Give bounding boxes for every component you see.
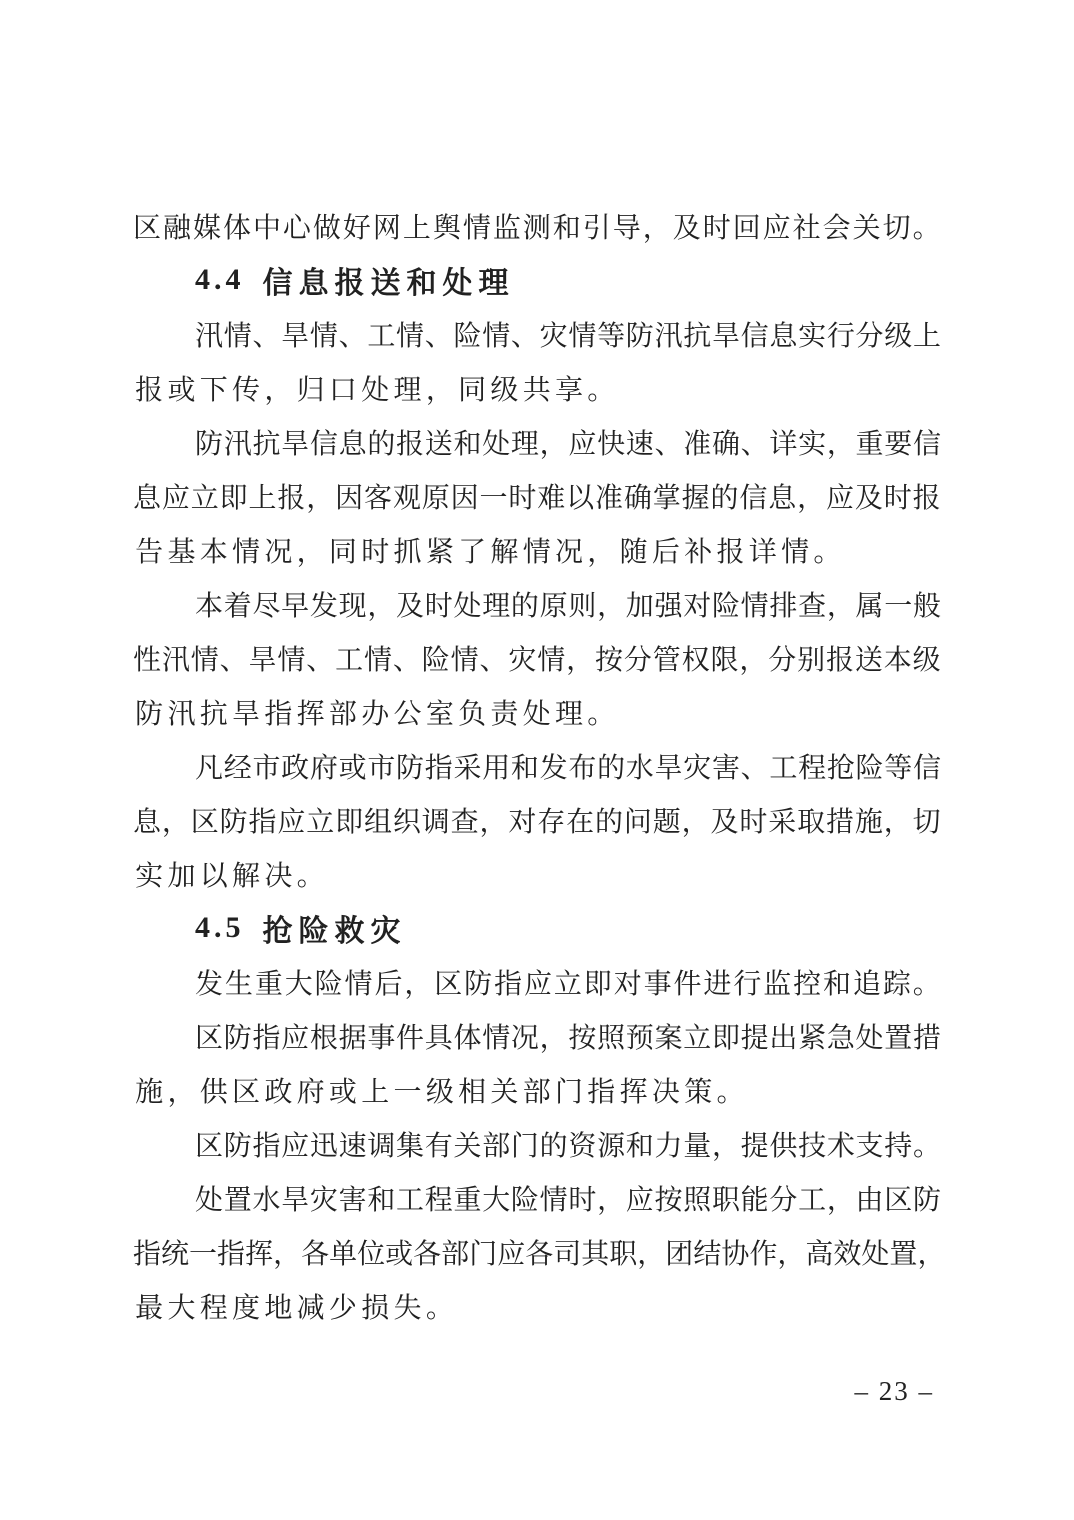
text-line: 汛情、旱情、工情、险情、灾情等防汛抗旱信息实行分级上: [133, 307, 941, 361]
heading-number: 4.5: [195, 911, 245, 945]
section-heading-4-4: 4.4信息报送和处理: [133, 253, 941, 307]
text-line: 最大程度地减少损失。: [133, 1279, 941, 1333]
text-line: 本着尽早发现，及时处理的原则，加强对险情排查，属一般: [133, 577, 941, 631]
text-line: 指统一指挥，各单位或各部门应各司其职，团结协作，高效处置，: [133, 1225, 941, 1279]
text-line: 处置水旱灾害和工程重大险情时，应按照职能分工，由区防: [133, 1171, 941, 1225]
text-line: 区防指应迅速调集有关部门的资源和力量，提供技术支持。: [133, 1117, 941, 1171]
text-line: 区融媒体中心做好网上舆情监测和引导，及时回应社会关切。: [133, 199, 941, 253]
section-heading-4-5: 4.5抢险救灾: [133, 901, 941, 955]
heading-title: 信息报送和处理: [263, 258, 515, 302]
text-line: 施，供区政府或上一级相关部门指挥决策。: [133, 1063, 941, 1117]
text-line: 息应立即上报，因客观原因一时难以准确掌握的信息，应及时报: [133, 469, 941, 523]
text-line: 息，区防指应立即组织调查，对存在的问题，及时采取措施，切: [133, 793, 941, 847]
text-line: 防汛抗旱指挥部办公室负责处理。: [133, 685, 941, 739]
heading-number: 4.4: [195, 263, 245, 297]
text-line: 告基本情况，同时抓紧了解情况，随后补报详情。: [133, 523, 941, 577]
text-line: 性汛情、旱情、工情、险情、灾情，按分管权限，分别报送本级: [133, 631, 941, 685]
document-page: 区融媒体中心做好网上舆情监测和引导，及时回应社会关切。4.4信息报送和处理汛情、…: [0, 0, 1074, 1520]
text-line: 区防指应根据事件具体情况，按照预案立即提出紧急处置措: [133, 1009, 941, 1063]
text-line: 实加以解决。: [133, 847, 941, 901]
text-line: 凡经市政府或市防指采用和发布的水旱灾害、工程抢险等信: [133, 739, 941, 793]
page-number: – 23 –: [855, 1376, 935, 1406]
page-footer: – 23 –: [855, 1376, 935, 1407]
heading-title: 抢险救灾: [263, 906, 407, 950]
document-content: 区融媒体中心做好网上舆情监测和引导，及时回应社会关切。4.4信息报送和处理汛情、…: [133, 199, 941, 1333]
text-line: 发生重大险情后，区防指应立即对事件进行监控和追踪。: [133, 955, 941, 1009]
text-line: 报或下传，归口处理，同级共享。: [133, 361, 941, 415]
text-line: 防汛抗旱信息的报送和处理，应快速、准确、详实，重要信: [133, 415, 941, 469]
